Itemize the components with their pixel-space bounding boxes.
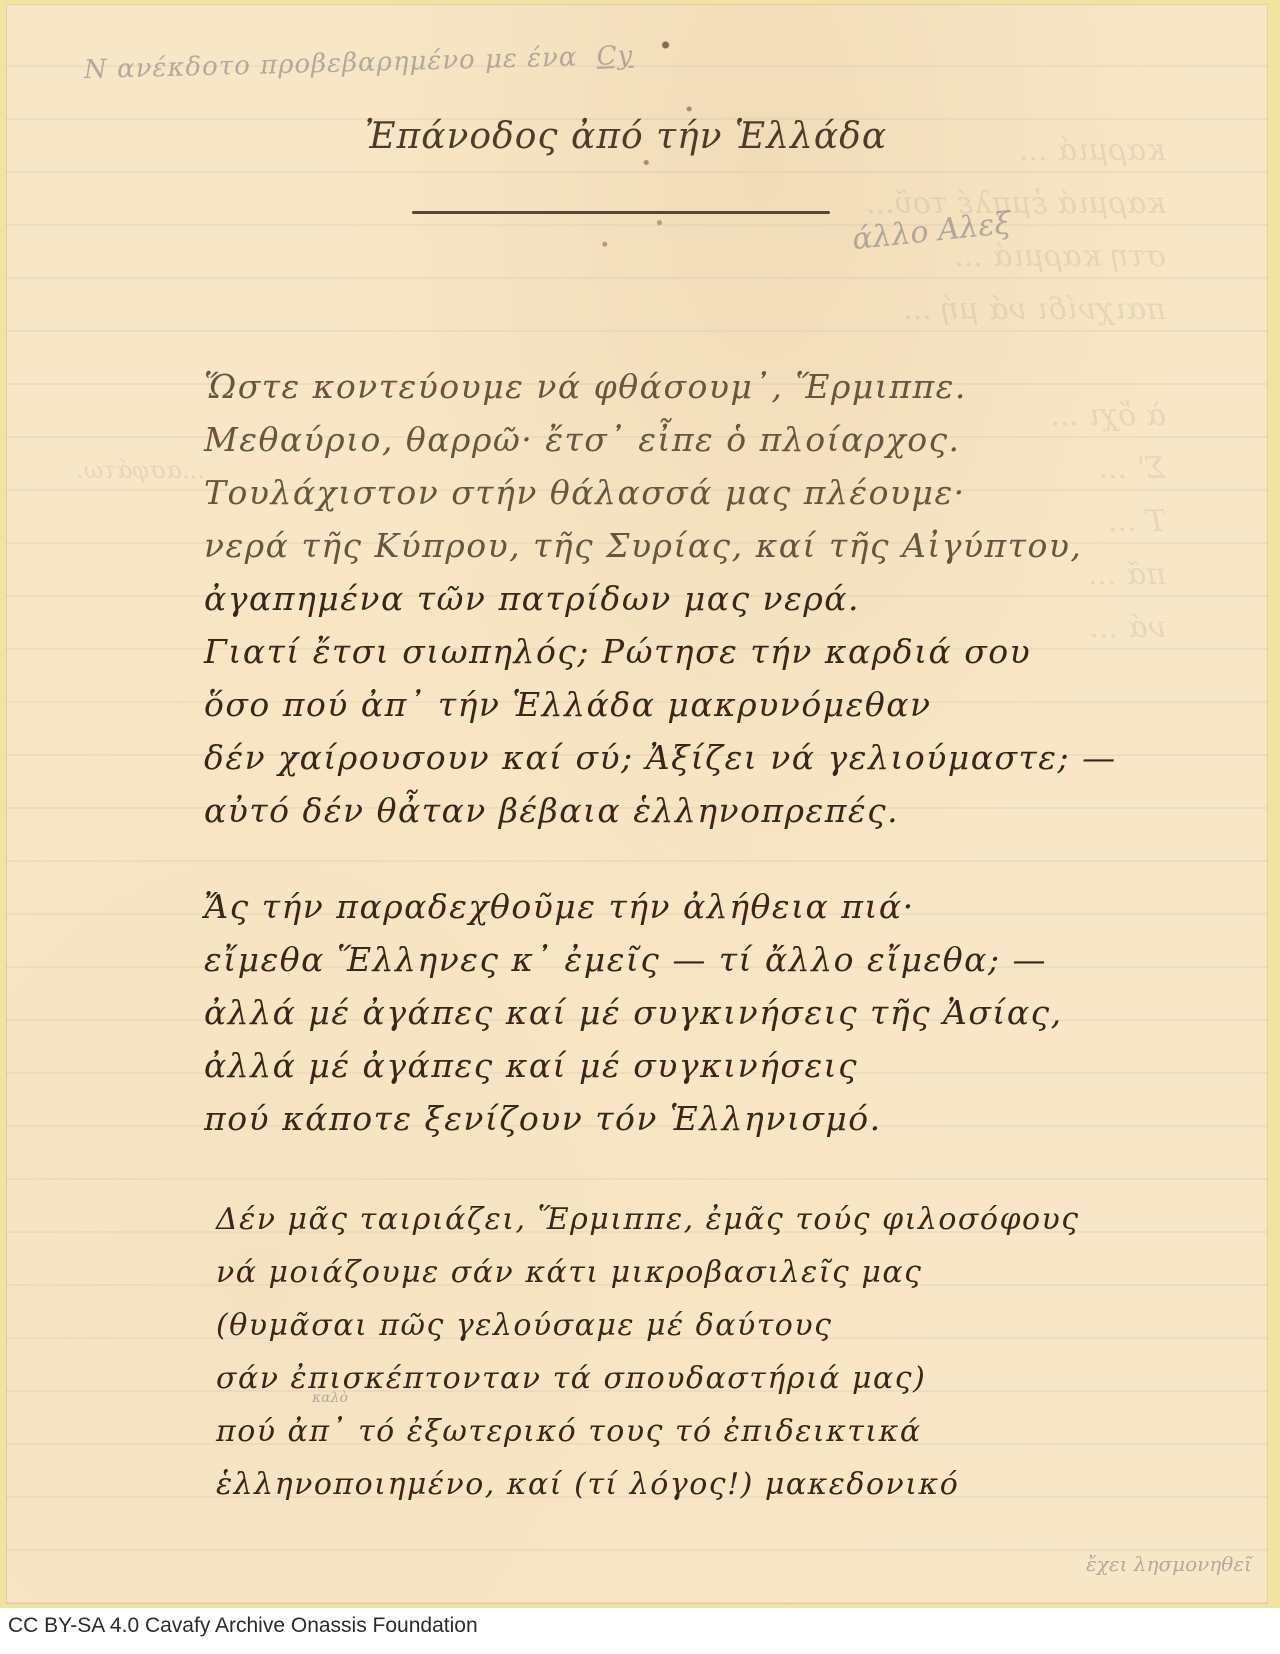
show-through-text-left: ...ασφάτω. xyxy=(76,444,205,497)
stanza-2: Ἄς τήν παραδεχθοῦμε τήν ἀλήθεια πιά· εἴμ… xyxy=(204,880,1063,1145)
title-underline xyxy=(412,211,830,214)
pencil-note-bottom: ἔχει λησμονηθεῖ xyxy=(1086,1552,1252,1576)
poem-line: (θυμᾶσαι πῶς γελούσαμε μέ δαύτους xyxy=(216,1299,1080,1352)
poem-line: νερά τῆς Κύπρου, τῆς Συρίας, καί τῆς Αἰγ… xyxy=(204,519,1117,572)
poem-line: Δέν μᾶς ταιριάζει, Ἕρμιππε, ἐμᾶς τούς φι… xyxy=(216,1193,1080,1246)
poem-line: πού κάποτε ξενίζουν τόν Ἑλληνισμό. xyxy=(204,1092,1063,1145)
poem-line: Γιατί ἔτσι σιωπηλός; Ρώτησε τήν καρδιά σ… xyxy=(204,625,1117,678)
poem-line: ἑλληνοποιημένο, καί (τί λόγος!) μακεδονι… xyxy=(216,1458,1080,1511)
pencil-note-top-text: Ν ανέκδοτο προβεβαρημένο με ένα xyxy=(84,42,578,85)
poem-line: ὅσο πού ἀπ᾿ τήν Ἑλλάδα μακρυνόμεθαν xyxy=(204,678,1117,731)
manuscript-page: καρμιά ... καρμιά ἐμπλέ τοῦ... στη καρμι… xyxy=(6,4,1268,1604)
stanza-1: Ὥστε κοντεύουμε νά φθάσουμ᾿, Ἕρμιππε. Με… xyxy=(204,360,1117,837)
poem-title: Ἐπάνοδος ἀπό τήν Ἑλλάδα xyxy=(306,116,946,157)
poem-line: δέν χαίρουσουν καί σύ; Ἀξίζει νά γελιούμ… xyxy=(204,731,1117,784)
poem-line: Μεθαύριο, θαρρῶ· ἔτσ᾿ εἶπε ὁ πλοίαρχος. xyxy=(204,413,1117,466)
poem-line: ἀλλά μέ ἀγάπες καί μέ συγκινήσεις τῆς Ἀσ… xyxy=(204,986,1063,1039)
stanza-3: Δέν μᾶς ταιριάζει, Ἕρμιππε, ἐμᾶς τούς φι… xyxy=(216,1193,1080,1511)
poem-line: εἴμεθα Ἕλληνες κ᾿ ἐμεῖς — τί ἄλλο εἴμεθα… xyxy=(204,933,1063,986)
pencil-note-top-ref: Cy xyxy=(596,41,633,72)
poem-line: νά μοιάζουμε σάν κάτι μικροβασιλεῖς μας xyxy=(216,1246,1080,1299)
poem-line: Ὥστε κοντεύουμε νά φθάσουμ᾿, Ἕρμιππε. xyxy=(204,360,1117,413)
poem-line: ἀλλά μέ ἀγάπες καί μέ συγκινήσεις xyxy=(204,1039,1063,1092)
poem-line: Ἄς τήν παραδεχθοῦμε τήν ἀλήθεια πιά· xyxy=(204,880,1063,933)
copyright-credit: CC BY-SA 4.0 Cavafy Archive Onassis Foun… xyxy=(8,1614,478,1638)
poem-line: ἀγαπημένα τῶν πατρίδων μας νερά. xyxy=(204,572,1117,625)
poem-line: πού ἀπ᾿ τό ἐξωτερικό τους τό ἐπιδεικτικά xyxy=(216,1405,1080,1458)
pencil-interlinear-note: καλὸ xyxy=(312,1390,348,1406)
poem-line: Τουλάχιστον στήν θάλασσά μας πλέουμε· xyxy=(204,466,1117,519)
poem-line: αὐτό δέν θἆταν βέβαια ἑλληνοπρεπές. xyxy=(204,784,1117,837)
pencil-note-top: Ν ανέκδοτο προβεβαρημένο με ένα Cy xyxy=(84,41,634,85)
